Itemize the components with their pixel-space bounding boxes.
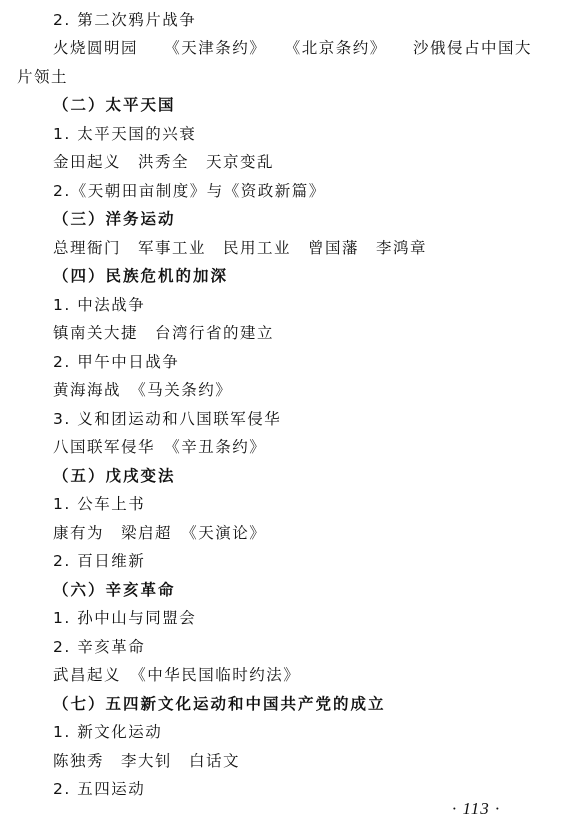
section-heading: （三）洋务运动: [53, 209, 176, 229]
subitem-line: 1. 孙中山与同盟会: [53, 608, 196, 628]
subitem-line: 1. 中法战争: [53, 295, 145, 315]
content-line: 金田起义 洪秀全 天京变乱: [53, 152, 274, 172]
subitem-line: 3. 义和团运动和八国联军侵华: [53, 409, 281, 429]
content-line: 康有为 梁启超 《天演论》: [53, 523, 266, 543]
section-heading: （二）太平天国: [53, 95, 176, 115]
subitem-line: 2. 甲午中日战争: [53, 352, 179, 372]
content-line: 黄海海战 《马关条约》: [53, 380, 232, 400]
content-line: 八国联军侵华 《辛丑条约》: [53, 437, 266, 457]
section-heading: （四）民族危机的加深: [53, 266, 228, 286]
document-page: 2. 第二次鸦片战争 火烧圆明园 《天津条约》 《北京条约》 沙俄侵占中国大 片…: [0, 0, 580, 829]
subitem-line: 1. 公车上书: [53, 494, 145, 514]
subitem-line: 1. 新文化运动: [53, 722, 162, 742]
subitem-line: 2. 百日维新: [53, 551, 145, 571]
content-continued-line: 片领土: [17, 67, 68, 87]
content-line: 总理衙门 军事工业 民用工业 曾国藩 李鸿章: [53, 238, 427, 258]
subitem-line: 2. 第二次鸦片战争: [53, 10, 196, 30]
content-line: 陈独秀 李大钊 白话文: [53, 751, 240, 771]
section-heading: （六）辛亥革命: [53, 580, 176, 600]
subitem-line: 1. 太平天国的兴衰: [53, 124, 196, 144]
subitem-line: 2. 辛亥革命: [53, 637, 145, 657]
subitem-line: 2. 五四运动: [53, 779, 145, 799]
content-line: 镇南关大捷 台湾行省的建立: [53, 323, 274, 343]
section-heading: （七）五四新文化运动和中国共产党的成立: [53, 694, 386, 714]
page-number: · 113 ·: [452, 799, 500, 819]
content-line: 武昌起义 《中华民国临时约法》: [53, 665, 300, 685]
section-heading: （五）戊戌变法: [53, 466, 176, 486]
subitem-line: 2.《天朝田亩制度》与《资政新篇》: [53, 181, 326, 201]
content-line: 火烧圆明园 《天津条约》 《北京条约》 沙俄侵占中国大: [53, 38, 532, 58]
